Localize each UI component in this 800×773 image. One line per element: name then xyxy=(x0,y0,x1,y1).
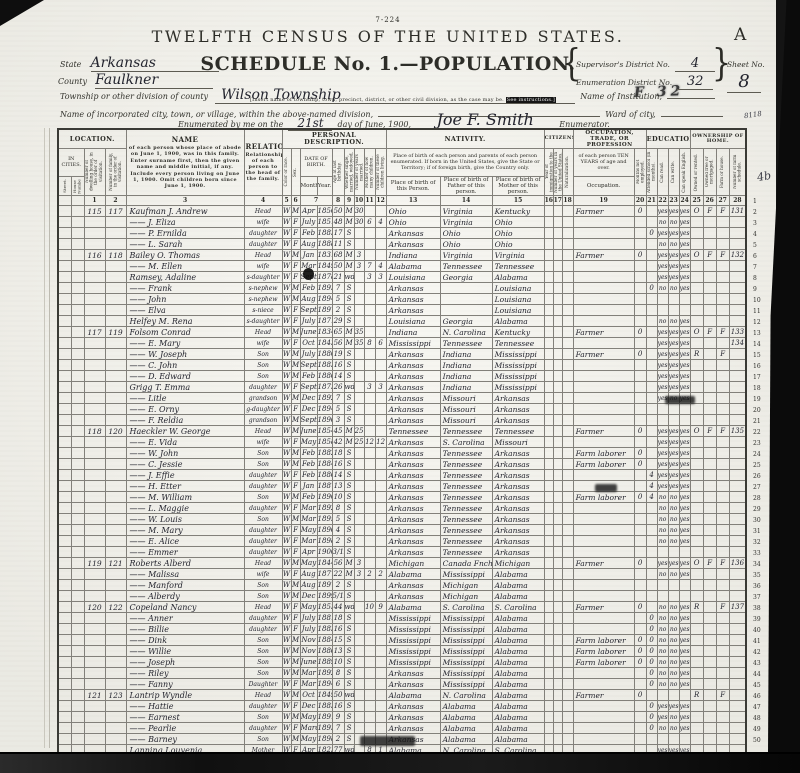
cell: S xyxy=(344,283,354,294)
cell: Arkansas xyxy=(386,525,440,536)
cell: Ohio xyxy=(492,217,544,228)
cell xyxy=(105,657,126,668)
cell: Farm laborer xyxy=(573,646,634,657)
cell: May xyxy=(300,734,317,745)
cell: F xyxy=(291,261,300,272)
cell: 115 xyxy=(84,206,105,217)
cell: W xyxy=(282,294,291,305)
cell: 2 xyxy=(332,580,344,591)
cell xyxy=(716,294,729,305)
cell xyxy=(375,228,386,239)
cell xyxy=(573,569,634,580)
cell xyxy=(58,558,71,569)
cell xyxy=(553,712,562,723)
cell: W xyxy=(282,448,291,459)
cell: no xyxy=(668,668,679,679)
cell: 19 xyxy=(332,349,344,360)
cell: Alabama xyxy=(492,646,544,657)
cell xyxy=(375,470,386,481)
cell xyxy=(553,415,562,426)
col-immigration-year: Year of immigration to the United States… xyxy=(544,149,553,196)
cell: W xyxy=(282,360,291,371)
cell: no xyxy=(657,514,668,525)
cell xyxy=(354,547,364,558)
cell xyxy=(690,228,703,239)
cell: s-nephew xyxy=(244,294,282,305)
cell: 16 xyxy=(332,459,344,470)
cell: Sept xyxy=(300,382,317,393)
line-number: 37 xyxy=(751,592,767,603)
cell xyxy=(71,492,84,503)
cell: 1843 xyxy=(317,338,332,349)
cell: 35 xyxy=(354,338,364,349)
cell: 1893 xyxy=(317,723,332,734)
cell: Louisiana xyxy=(492,294,544,305)
table-row: —— M. MarydaughterWFMay18964SArkansasTen… xyxy=(58,525,746,536)
cell xyxy=(375,393,386,404)
cell: Mississippi xyxy=(440,679,492,690)
cell: Kentucky xyxy=(492,327,544,338)
cell: Mississippi xyxy=(386,635,440,646)
cell: W xyxy=(282,525,291,536)
cell xyxy=(71,635,84,646)
cell xyxy=(562,305,573,316)
cell xyxy=(71,547,84,558)
cell xyxy=(58,470,71,481)
census-table: LOCATION. NAME of each person whose plac… xyxy=(57,128,747,757)
cell xyxy=(690,481,703,492)
table-row: —— PearliedaughterWFMarch18937SArkansasA… xyxy=(58,723,746,734)
col-mother-of-children: Mother of how many children. xyxy=(364,149,375,196)
cell xyxy=(703,382,716,393)
cell: Tennessee xyxy=(440,481,492,492)
cell xyxy=(562,206,573,217)
cell xyxy=(668,734,679,745)
cell: Mar xyxy=(300,503,317,514)
cell: Alabama xyxy=(386,602,440,613)
cell: Alabama xyxy=(492,624,544,635)
cell: no xyxy=(668,514,679,525)
cell xyxy=(105,272,126,283)
line-number: 22 xyxy=(751,427,767,438)
cell: wife xyxy=(244,437,282,448)
cell xyxy=(729,305,746,316)
cell xyxy=(105,239,126,250)
cell xyxy=(573,613,634,624)
cell xyxy=(562,657,573,668)
cell xyxy=(562,723,573,734)
cell xyxy=(716,569,729,580)
cell: yes xyxy=(679,250,690,261)
cell xyxy=(544,316,553,327)
cell: F xyxy=(291,316,300,327)
cell: yes xyxy=(668,470,679,481)
cell xyxy=(544,591,553,602)
cell xyxy=(354,272,364,283)
cell: 1895 xyxy=(317,514,332,525)
cell xyxy=(729,272,746,283)
cell xyxy=(71,569,84,580)
cell xyxy=(58,283,71,294)
cell xyxy=(364,635,375,646)
cell xyxy=(544,294,553,305)
cell xyxy=(703,371,716,382)
cell xyxy=(364,514,375,525)
cell: 29 xyxy=(332,316,344,327)
cell: M xyxy=(291,371,300,382)
cell xyxy=(105,712,126,723)
cell: yes xyxy=(657,470,668,481)
cell xyxy=(544,723,553,734)
cell xyxy=(354,613,364,624)
cell xyxy=(716,734,729,745)
relation-title: RELATION. xyxy=(246,143,281,151)
cell: 68 xyxy=(332,250,344,261)
cell: F xyxy=(291,547,300,558)
cell: Haeckler W. George xyxy=(126,426,244,437)
cell xyxy=(573,470,634,481)
cell: Kentucky xyxy=(492,206,544,217)
cell xyxy=(105,591,126,602)
cell: Nov xyxy=(300,646,317,657)
cell xyxy=(729,228,746,239)
cell xyxy=(703,239,716,250)
cell: s-daughter xyxy=(244,316,282,327)
cell: daughter xyxy=(244,525,282,536)
name-note: Enter surname first, then the given name… xyxy=(128,158,243,170)
cell xyxy=(729,382,746,393)
cell xyxy=(84,415,105,426)
cell: Mississippi xyxy=(386,624,440,635)
state-label: State xyxy=(60,60,81,69)
table-row: —— Elvas-nieceWFSept18972SArkansasLouisi… xyxy=(58,305,746,316)
cell xyxy=(105,624,126,635)
cell: Apr xyxy=(300,547,317,558)
col-family-number: Number of family, in the order of visita… xyxy=(105,149,126,196)
cell xyxy=(562,679,573,690)
cell: Louisiana xyxy=(492,283,544,294)
cell: S xyxy=(344,492,354,503)
cell xyxy=(364,679,375,690)
cell xyxy=(58,250,71,261)
cell xyxy=(716,437,729,448)
cell: —— Elva xyxy=(126,305,244,316)
cell: 119 xyxy=(84,558,105,569)
cell: yes xyxy=(679,646,690,657)
cell: 1889 xyxy=(317,657,332,668)
cell: W xyxy=(282,283,291,294)
cell xyxy=(354,712,364,723)
cell: Mississippi xyxy=(492,382,544,393)
cell: S xyxy=(344,503,354,514)
cell xyxy=(58,536,71,547)
cell xyxy=(668,591,679,602)
cell: yes xyxy=(657,206,668,217)
col-birthplace-father: Place of birth of Father of this person. xyxy=(440,177,492,196)
cell xyxy=(553,734,562,745)
cell xyxy=(646,734,657,745)
cell xyxy=(544,613,553,624)
cell xyxy=(84,217,105,228)
cell: Georgia xyxy=(440,272,492,283)
cell xyxy=(703,481,716,492)
cell xyxy=(562,437,573,448)
cell xyxy=(84,371,105,382)
cell xyxy=(544,679,553,690)
cell xyxy=(364,459,375,470)
cell: W xyxy=(282,349,291,360)
cell xyxy=(562,459,573,470)
cell xyxy=(553,382,562,393)
cell xyxy=(84,261,105,272)
cell xyxy=(646,217,657,228)
cell xyxy=(71,338,84,349)
cell: no xyxy=(668,679,679,690)
cell: July xyxy=(300,217,317,228)
cell xyxy=(716,679,729,690)
cell xyxy=(375,448,386,459)
cell xyxy=(364,723,375,734)
cell xyxy=(544,426,553,437)
cell xyxy=(84,536,105,547)
cell xyxy=(58,503,71,514)
cell: S xyxy=(344,547,354,558)
cell: S xyxy=(344,679,354,690)
cell: 15 xyxy=(332,635,344,646)
cell: yes xyxy=(657,338,668,349)
cell: Canada Fnch xyxy=(440,558,492,569)
cell xyxy=(364,426,375,437)
cell xyxy=(634,481,646,492)
cell xyxy=(690,316,703,327)
col-occupation: Occupation. xyxy=(573,177,634,196)
group-name: NAME of each person whose place of abode… xyxy=(126,129,244,196)
cell xyxy=(690,305,703,316)
cell xyxy=(364,646,375,657)
table-row: —— W. LouisSonWMMar18955SArkansasTenness… xyxy=(58,514,746,525)
cell: S xyxy=(344,239,354,250)
cell: W xyxy=(282,481,291,492)
cell: M xyxy=(291,591,300,602)
cell xyxy=(71,261,84,272)
cell: yes xyxy=(668,272,679,283)
cell: no xyxy=(657,624,668,635)
line-number: 48 xyxy=(751,713,767,724)
cell xyxy=(375,283,386,294)
cell: Feb xyxy=(300,371,317,382)
col-birth-year: Year. xyxy=(317,177,332,196)
cell xyxy=(634,305,646,316)
cell: March xyxy=(300,723,317,734)
cell xyxy=(84,283,105,294)
cell xyxy=(105,481,126,492)
cell: 116 xyxy=(84,250,105,261)
cell xyxy=(690,679,703,690)
cell xyxy=(105,668,126,679)
cell: F xyxy=(716,206,729,217)
cell xyxy=(646,382,657,393)
cell xyxy=(716,338,729,349)
cell xyxy=(646,525,657,536)
cell xyxy=(703,338,716,349)
cell xyxy=(634,668,646,679)
cell xyxy=(634,569,646,580)
cell xyxy=(553,283,562,294)
col-sex: Sex. xyxy=(291,149,300,196)
cell xyxy=(573,624,634,635)
cell xyxy=(71,734,84,745)
cell xyxy=(375,327,386,338)
cell xyxy=(703,294,716,305)
cell: yes xyxy=(657,327,668,338)
cell xyxy=(375,250,386,261)
cell xyxy=(729,481,746,492)
cell xyxy=(703,569,716,580)
cell xyxy=(553,228,562,239)
cell xyxy=(634,679,646,690)
cell: —— Litle xyxy=(126,393,244,404)
cell: —— Frank xyxy=(126,283,244,294)
line-number: 11 xyxy=(751,306,767,317)
cell xyxy=(553,426,562,437)
line-number: 50 xyxy=(751,735,767,746)
group-occupation: OCCUPATION, TRADE, OR PROFESSION xyxy=(573,129,646,149)
enumerator-name: Joe F. Smith xyxy=(416,110,554,130)
cell xyxy=(690,525,703,536)
cell xyxy=(690,635,703,646)
cell xyxy=(690,613,703,624)
cell xyxy=(354,448,364,459)
cell xyxy=(716,228,729,239)
cell: 1884 xyxy=(317,635,332,646)
cell: Tennessee xyxy=(492,261,544,272)
cell: Arkansas xyxy=(386,382,440,393)
cell xyxy=(354,360,364,371)
cell: 135 xyxy=(729,426,746,437)
cell: yes xyxy=(679,723,690,734)
cell: yes xyxy=(668,250,679,261)
cell: no xyxy=(668,646,679,657)
cell xyxy=(729,415,746,426)
cell: Alabama xyxy=(492,657,544,668)
cell: 22 xyxy=(332,569,344,580)
cell: Farmer xyxy=(573,690,634,701)
cell xyxy=(703,217,716,228)
cell: —— Anner xyxy=(126,613,244,624)
cell: wd xyxy=(344,690,354,701)
ink-smudge xyxy=(595,484,617,492)
cell: Copeland Nancy xyxy=(126,602,244,613)
cell: Ohio xyxy=(492,228,544,239)
cell: M xyxy=(344,569,354,580)
cell xyxy=(354,492,364,503)
cell: yes xyxy=(679,503,690,514)
cell: Mississippi xyxy=(440,624,492,635)
cell xyxy=(105,646,126,657)
cell xyxy=(375,239,386,250)
cell: W xyxy=(282,635,291,646)
cell xyxy=(553,536,562,547)
cell xyxy=(105,613,126,624)
cell xyxy=(58,547,71,558)
table-row: 116118Bailey O. ThomasHeadWMJan183168M3I… xyxy=(58,250,746,261)
cell: Arkansas xyxy=(386,228,440,239)
cell xyxy=(105,217,126,228)
cell: 1880 xyxy=(317,349,332,360)
cell xyxy=(84,591,105,602)
cell xyxy=(668,404,679,415)
cell: Aug xyxy=(300,239,317,250)
cell: 122 xyxy=(105,602,126,613)
cell: Son xyxy=(244,360,282,371)
cell: —— J. Eliza xyxy=(126,217,244,228)
cell: Mississippi xyxy=(386,646,440,657)
cell: yes xyxy=(657,481,668,492)
line-number: 15 xyxy=(751,350,767,361)
cell xyxy=(562,360,573,371)
cell: Mississippi xyxy=(440,646,492,657)
cell xyxy=(105,283,126,294)
cell xyxy=(84,459,105,470)
cell xyxy=(703,415,716,426)
cell xyxy=(71,525,84,536)
cell: S. Carolina xyxy=(440,602,492,613)
cell: S xyxy=(344,723,354,734)
cell xyxy=(58,305,71,316)
cell: no xyxy=(657,283,668,294)
cell xyxy=(573,503,634,514)
col-can-speak-english: Can speak English. xyxy=(679,149,690,196)
cell xyxy=(375,426,386,437)
cell: Apr xyxy=(300,206,317,217)
cell: Dec xyxy=(300,701,317,712)
cell xyxy=(573,514,634,525)
cell xyxy=(105,514,126,525)
cell: Alabama xyxy=(492,668,544,679)
cell xyxy=(703,624,716,635)
cell xyxy=(553,525,562,536)
cell xyxy=(703,393,716,404)
cell: no xyxy=(668,624,679,635)
cell xyxy=(657,305,668,316)
nativity-note: Place of birth of each person and parent… xyxy=(386,149,544,177)
table-row: —— M. EllenwifeWFMar184950M374AlabamaTen… xyxy=(58,261,746,272)
table-row: —— M. WilliamSonWMFeb189010SArkansasTenn… xyxy=(58,492,746,503)
cell xyxy=(562,536,573,547)
cell: 7 xyxy=(332,723,344,734)
cell: Alabama xyxy=(386,690,440,701)
table-row: —— E. Ornyg-daughterWFDec18945SArkansasM… xyxy=(58,404,746,415)
cell xyxy=(716,668,729,679)
cell xyxy=(690,723,703,734)
cell xyxy=(690,294,703,305)
col-house-number: House Number. xyxy=(71,177,84,196)
cell xyxy=(703,657,716,668)
cell: Arkansas xyxy=(492,448,544,459)
cell: yes xyxy=(679,514,690,525)
cell: 56 xyxy=(332,338,344,349)
cell xyxy=(553,624,562,635)
cell xyxy=(71,580,84,591)
cell xyxy=(646,305,657,316)
cell xyxy=(105,536,126,547)
cell xyxy=(58,404,71,415)
cell: 1858 xyxy=(317,437,332,448)
cell: S xyxy=(344,635,354,646)
cell: 2 xyxy=(332,734,344,745)
cell xyxy=(375,690,386,701)
cell: S xyxy=(344,349,354,360)
